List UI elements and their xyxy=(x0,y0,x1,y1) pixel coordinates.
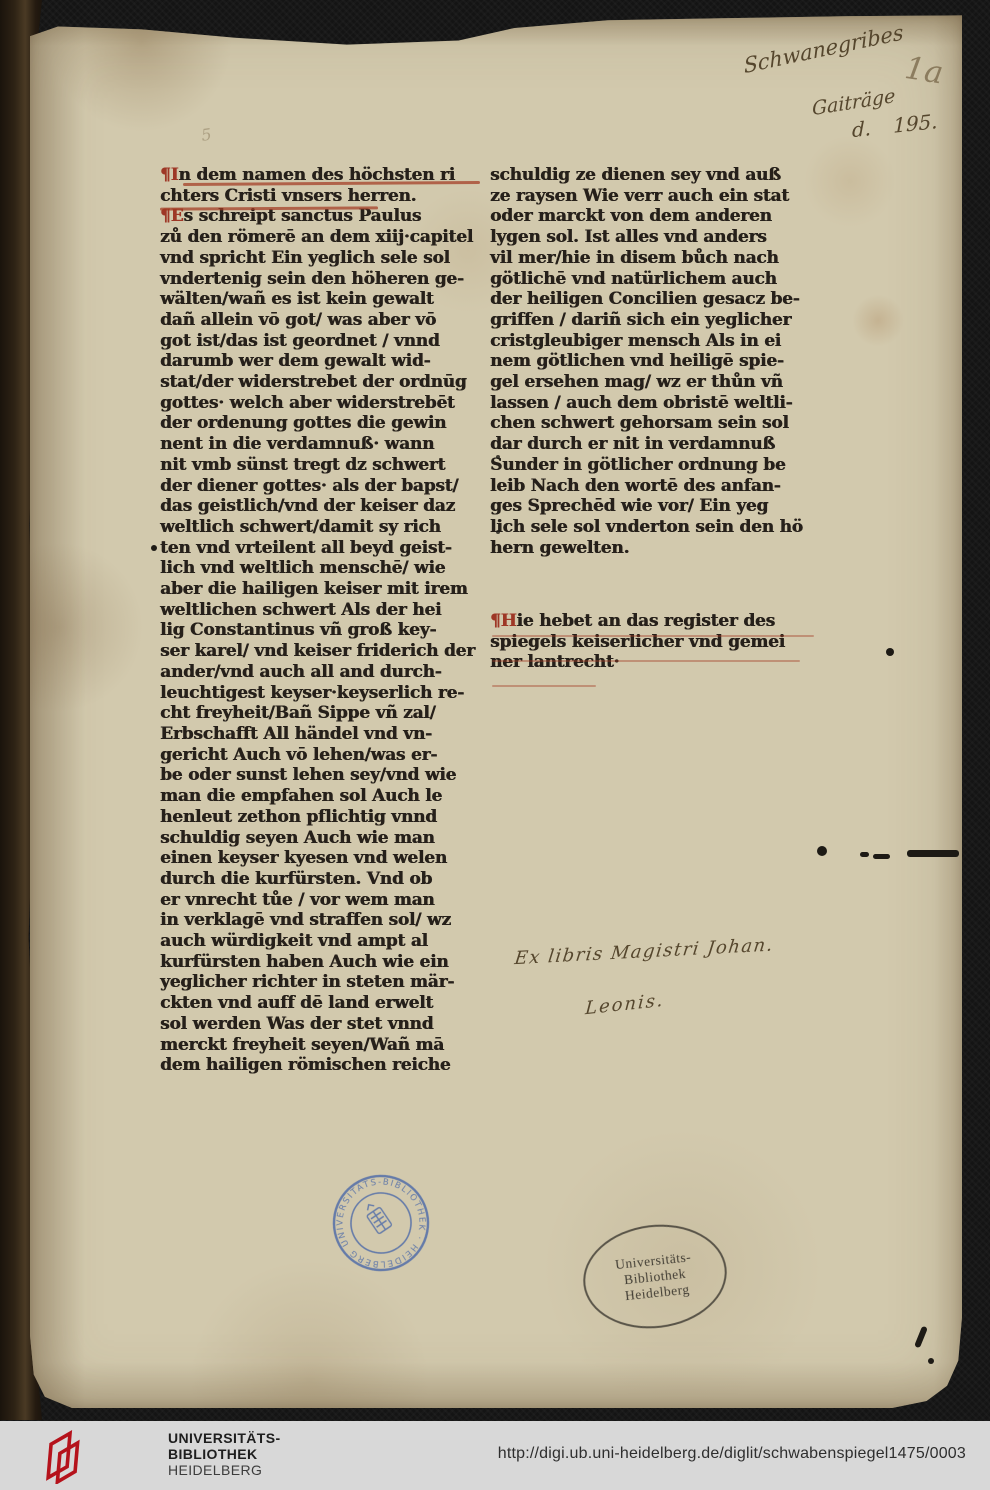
text-line: lich vnd weltlich menschē/ wie xyxy=(160,558,496,579)
text-line: ze raysen Wie verr auch ein stat xyxy=(490,186,826,207)
logo-line-1: UNIVERSITÄTS- xyxy=(168,1430,281,1446)
text-line: got ist/das ist geordnet / vnnd xyxy=(160,331,496,352)
text-line: yeglicher richter in steten mär- xyxy=(160,972,496,993)
text-line: man die empfahen sol Auch le xyxy=(160,786,496,807)
handwritten-note-1: Schwanegribes xyxy=(743,20,904,78)
ink-dash xyxy=(860,852,869,857)
ink-dot xyxy=(886,648,894,656)
ex-libris-line-2: Leonis. xyxy=(585,990,666,1020)
rubric-underline xyxy=(492,685,596,687)
ink-dot xyxy=(928,1358,934,1364)
text-line: cristgleubiger mensch Als in ei xyxy=(490,331,826,352)
text-line: der heiligen Concilien gesacz be- xyxy=(490,289,826,310)
text-line: lig Constantinus vñ groß key- xyxy=(160,620,496,641)
text-line: vil mer/hie in disem bůch nach xyxy=(490,248,826,269)
text-line: leuchtigest keyser·keyserlich re- xyxy=(160,683,496,704)
text-line: gericht Auch vō lehen/was er- xyxy=(160,745,496,766)
text-line: dañ allein vō got/ was aber vō xyxy=(160,310,496,331)
text-line: stat/der widerstrebet der ordnūg xyxy=(160,372,496,393)
text-line: zů den römerē an dem xiij·capitel xyxy=(160,227,496,248)
library-logo-icon xyxy=(38,1429,98,1484)
text-line: der diener gottes· als der bapst/ xyxy=(160,476,496,497)
source-url: http://digi.ub.uni-heidelberg.de/diglit/… xyxy=(498,1445,966,1463)
text-line: ten vnd vrteilent all beyd geist- xyxy=(160,538,496,559)
text-line: gottes· welch aber widerstrebēt xyxy=(160,393,496,414)
text-line: cht freyheit/Bañ Sippe vñ zal/ xyxy=(160,703,496,724)
text-line: lygen sol. Ist alles vnd anders xyxy=(490,227,826,248)
text-line: ckten vnd auff dē land erwelt xyxy=(160,993,496,1014)
text-line: schuldig seyen Auch wie man xyxy=(160,828,496,849)
text-line: schuldig ze dienen sey vnd auß xyxy=(490,165,826,186)
logo-line-2: BIBLIOTHEK xyxy=(168,1446,281,1462)
text-line: nem götlichen vnd heiligē spie- xyxy=(490,351,826,372)
ex-libris-line-1: Ex libris Magistri Johan. xyxy=(513,934,775,969)
text-line: einen keyser kyesen vnd welen xyxy=(160,848,496,869)
rubric-underline xyxy=(492,635,814,637)
text-line: in verklagē vnd straffen sol/ wz xyxy=(160,910,496,931)
text-line: griffen / dariñ sich ein yeglicher xyxy=(490,310,826,331)
text-line: weltlichen schwert Als der hei xyxy=(160,600,496,621)
text-line: Sunder in götlicher ordnung be xyxy=(490,455,826,476)
manuscript-page: ¶In dem namen des höchsten richters Cris… xyxy=(30,14,962,1408)
incunable-register-heading: ¶Hie hebet an das register desspiegels k… xyxy=(490,611,826,673)
text-line: leib Nach den wortē des anfan- xyxy=(490,476,826,497)
text-line: merckt freyheit seyen/Wañ mā xyxy=(160,1035,496,1056)
text-line: götlichē vnd natürlichem auch xyxy=(490,269,826,290)
ink-dot xyxy=(817,846,827,856)
round-library-stamp: UNIVERSITÄTS-BIBLIOTHEK · HEIDELBERG · xyxy=(310,1152,452,1294)
text-line: chen schwert gehorsam sein sol xyxy=(490,413,826,434)
text-line: oder marckt von dem anderen xyxy=(490,206,826,227)
text-line: vnd spricht Ein yeglich sele sol xyxy=(160,248,496,269)
text-line: be oder sunst lehen sey/vnd wie xyxy=(160,765,496,786)
text-line: er vnrecht tůe / vor wem man xyxy=(160,890,496,911)
text-line: nit vmb sünst tregt dz schwert xyxy=(160,455,496,476)
text-line: dem hailigen römischen reiche xyxy=(160,1055,496,1076)
text-line: lassen / auch dem obristē weltli- xyxy=(490,393,826,414)
library-logo-text: UNIVERSITÄTS- BIBLIOTHEK HEIDELBERG xyxy=(168,1430,281,1478)
text-line: ner lantrecht· xyxy=(490,652,826,673)
incunable-column-1: ¶In dem namen des höchsten richters Cris… xyxy=(160,165,496,1076)
oval-library-stamp: Universitäts-BibliothekHeidelberg xyxy=(577,1217,732,1337)
text-line: chters Cristi vnsers herren. xyxy=(160,186,496,207)
handwritten-corner-mark: 1a xyxy=(902,50,945,92)
ink-dot xyxy=(496,530,500,534)
text-line: Erbschafft All händel vnd vn- xyxy=(160,724,496,745)
text-line: hern gewelten. xyxy=(490,538,826,559)
text-line: ges Sprechēd wie vor/ Ein yeg xyxy=(490,496,826,517)
text-line: aber die hailigen keiser mit irem xyxy=(160,579,496,600)
text-line: nent in die verdamnuß· wann xyxy=(160,434,496,455)
footer-bar: UNIVERSITÄTS- BIBLIOTHEK HEIDELBERG http… xyxy=(0,1421,990,1490)
handwritten-note-3: d. 195. xyxy=(852,109,938,142)
ink-dot xyxy=(151,545,157,551)
logo-line-3: HEIDELBERG xyxy=(168,1462,281,1478)
text-line: durch die kurfürsten. Vnd ob xyxy=(160,869,496,890)
incunable-column-2: schuldig ze dienen sey vnd außze raysen … xyxy=(490,165,826,558)
text-line: sol werden Was der stet vnnd xyxy=(160,1014,496,1035)
ink-dash xyxy=(907,850,959,857)
ink-dash xyxy=(873,854,890,859)
text-line: wälten/wañ es ist kein gewalt xyxy=(160,289,496,310)
stamp-crest xyxy=(362,1200,392,1234)
text-line: vndertenig sein den höheren ge- xyxy=(160,269,496,290)
text-line: weltlich schwert/damit sy rich xyxy=(160,517,496,538)
text-line: gel ersehen mag/ wz er thůn vñ xyxy=(490,372,826,393)
text-line: lich sele sol vnderton sein den hö xyxy=(490,517,826,538)
text-line: ¶Hie hebet an das register des xyxy=(490,611,826,632)
ink-dash xyxy=(914,1326,928,1349)
text-line: der ordenung gottes die gewin xyxy=(160,413,496,434)
text-line: henleut zethon pflichtig vnnd xyxy=(160,807,496,828)
text-line: darumb wer dem gewalt wid- xyxy=(160,351,496,372)
text-line: kurfürsten haben Auch wie ein xyxy=(160,952,496,973)
text-line: ander/vnd auch all and durch- xyxy=(160,662,496,683)
rubric-underline xyxy=(492,660,800,662)
text-line: ser karel/ vnd keiser friderich der xyxy=(160,641,496,662)
text-line: dar durch er nit in verdamnuß xyxy=(490,434,826,455)
text-line: das geistlich/vnd der keiser daz xyxy=(160,496,496,517)
text-line: auch würdigkeit vnd ampt al xyxy=(160,931,496,952)
handwritten-faint-mark: 5 xyxy=(200,125,213,145)
ink-dot xyxy=(496,455,500,459)
